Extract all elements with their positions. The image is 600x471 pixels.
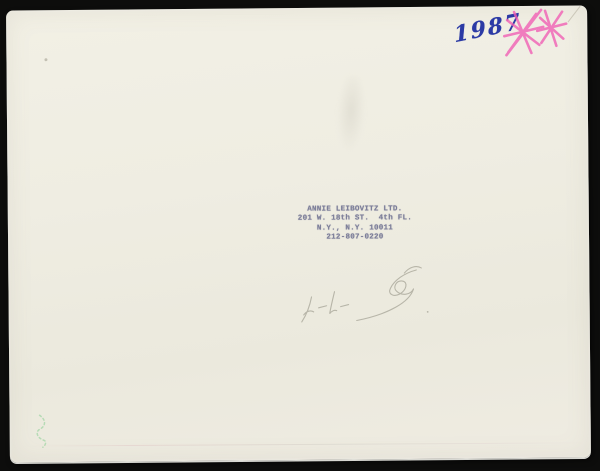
stamp-line-street-address: 201 W. 18th ST. 4th FL.: [296, 215, 414, 225]
signature-strokes: [301, 266, 428, 321]
pencil-signature: [290, 259, 441, 340]
green-squiggle-mark: [26, 412, 66, 457]
corner-crease: [568, 6, 581, 22]
photo-backdrop: ANNIE LEIBOVITZ LTD. 201 W. 18th ST. 4th…: [0, 0, 600, 471]
studio-stamp: ANNIE LEIBOVITZ LTD. 201 W. 18th ST. 4th…: [296, 205, 414, 243]
stamp-line-city-zip: N.Y., N.Y. 10011: [296, 224, 414, 234]
paper-smudge: [335, 75, 368, 155]
handwritten-year: 1987: [453, 8, 523, 48]
paper-speck: [44, 58, 47, 61]
photo-print-verso: ANNIE LEIBOVITZ LTD. 201 W. 18th ST. 4th…: [6, 5, 591, 462]
paper-crease-line: [22, 442, 588, 446]
green-squiggle-stroke: [37, 415, 46, 447]
stamp-line-phone: 212-807-0220: [296, 233, 414, 243]
